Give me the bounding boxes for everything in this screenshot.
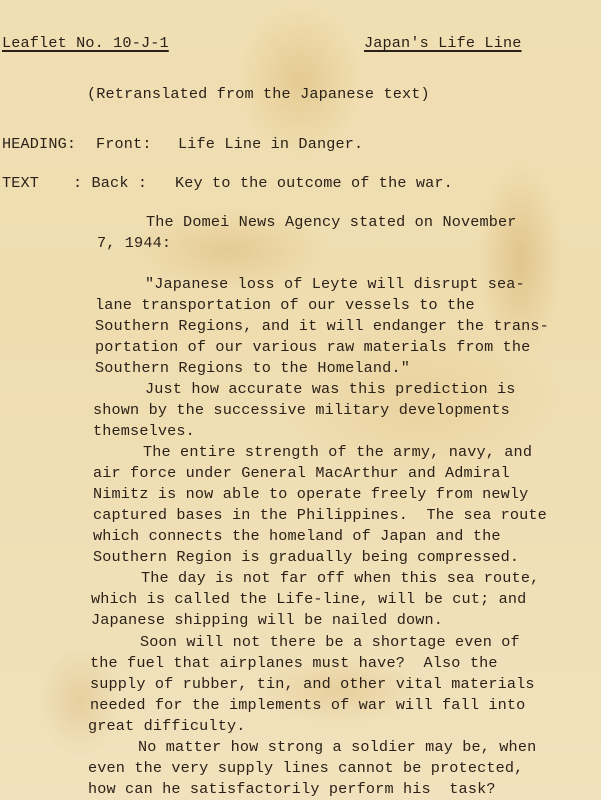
body-line: Southern Regions, and it will endanger t… xyxy=(95,317,549,335)
body-line: which connects the homeland of Japan and… xyxy=(93,527,501,545)
body-line: The day is not far off when this sea rou… xyxy=(141,569,539,587)
body-line: Nimitz is now able to operate freely fro… xyxy=(93,485,528,503)
body-line: even the very supply lines cannot be pro… xyxy=(88,759,523,777)
body-line: how can he satisfactorily perform his ta… xyxy=(88,780,496,798)
body-line: Japanese shipping will be nailed down. xyxy=(91,611,443,629)
body-line: air force under General MacArthur and Ad… xyxy=(93,464,510,482)
leaflet-title: Japan's Life Line xyxy=(364,34,522,52)
subtitle: (Retranslated from the Japanese text) xyxy=(87,85,430,103)
body-line: great difficulty. xyxy=(88,717,246,735)
body-line: No matter how strong a soldier may be, w… xyxy=(138,738,536,756)
body-line: 7, 1944: xyxy=(97,234,171,252)
body-line: The entire strength of the army, navy, a… xyxy=(143,443,532,461)
body-line: the fuel that airplanes must have? Also … xyxy=(90,654,498,672)
body-line: Southern Region is gradually being compr… xyxy=(93,548,519,566)
body-line: lane transportation of our vessels to th… xyxy=(95,296,475,314)
leaflet-number: Leaflet No. 10-J-1 xyxy=(2,34,169,52)
body-line: supply of rubber, tin, and other vital m… xyxy=(90,675,535,693)
document-page: Leaflet No. 10-J-1 Japan's Life Line (Re… xyxy=(0,0,601,800)
body-line: shown by the successive military develop… xyxy=(93,401,510,419)
body-line: needed for the implements of war will fa… xyxy=(90,696,525,714)
text-value: Key to the outcome of the war. xyxy=(175,174,453,192)
body-line: captured bases in the Philippines. The s… xyxy=(93,506,547,524)
body-line: Southern Regions to the Homeland." xyxy=(95,359,410,377)
body-line: "Japanese loss of Leyte will disrupt sea… xyxy=(145,275,525,293)
body-line: Soon will not there be a shortage even o… xyxy=(140,633,520,651)
heading-value: Life Line in Danger. xyxy=(178,135,363,153)
body-line: portation of our various raw materials f… xyxy=(95,338,530,356)
body-line: themselves. xyxy=(93,422,195,440)
text-label: TEXT xyxy=(2,174,39,192)
heading-side: Front: xyxy=(96,135,152,153)
body-line: which is called the Life-line, will be c… xyxy=(91,590,526,608)
heading-label: HEADING: xyxy=(2,135,76,153)
body-line: Just how accurate was this prediction is xyxy=(145,380,516,398)
body-line: The Domei News Agency stated on November xyxy=(146,213,517,231)
text-side: : Back : xyxy=(73,174,147,192)
